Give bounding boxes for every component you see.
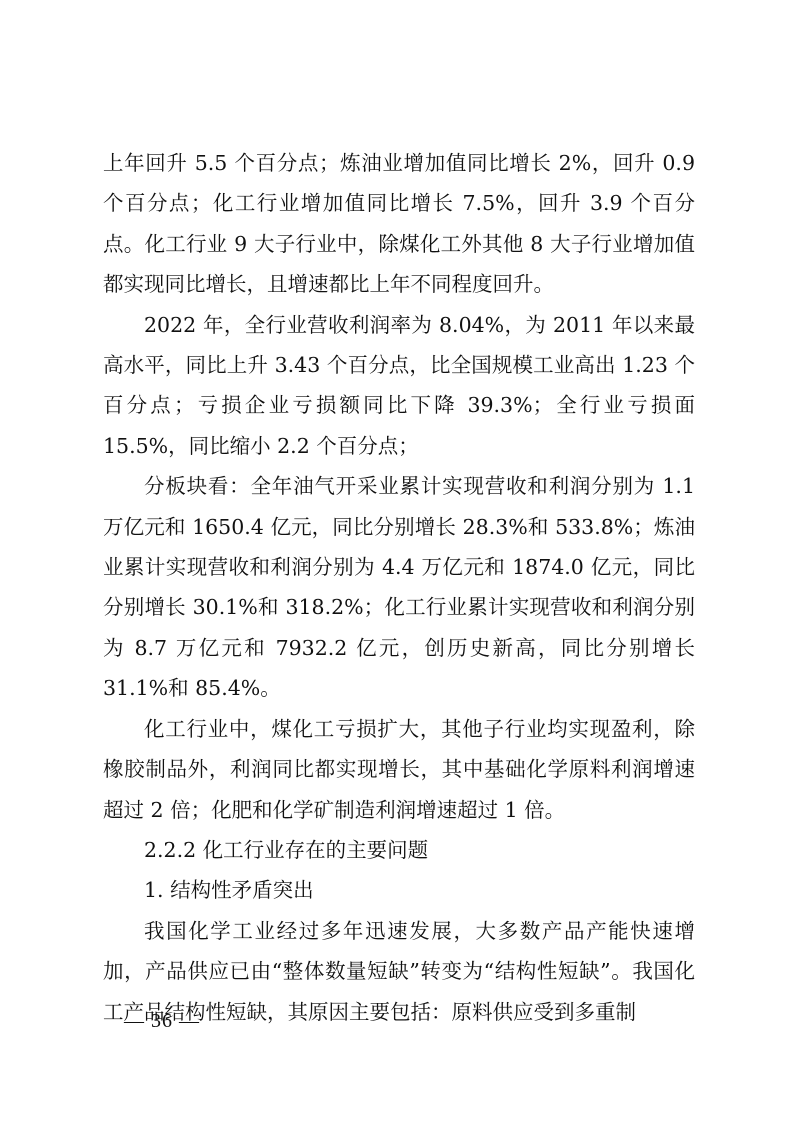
- subsection-heading-structural: 1. 结构性矛盾突出: [103, 870, 695, 910]
- page-number: — 36 —: [124, 1010, 200, 1033]
- document-page: 上年回升 5.5 个百分点；炼油业增加值同比增长 2%，回升 0.9 个百分点；…: [103, 143, 695, 1032]
- section-heading-main-problems: 2.2.2 化工行业存在的主要问题: [103, 830, 695, 870]
- paragraph-continuation: 上年回升 5.5 个百分点；炼油业增加值同比增长 2%，回升 0.9 个百分点；…: [103, 143, 695, 305]
- paragraph-chemical-subsectors: 化工行业中，煤化工亏损扩大，其他子行业均实现盈利，除橡胶制品外，利润同比都实现增…: [103, 709, 695, 830]
- paragraph-profit-rate: 2022 年，全行业营收利润率为 8.04%，为 2011 年以来最高水平，同比…: [103, 305, 695, 467]
- paragraph-by-sector: 分板块看：全年油气开采业累计实现营收和利润分别为 1.1 万亿元和 1650.4…: [103, 466, 695, 708]
